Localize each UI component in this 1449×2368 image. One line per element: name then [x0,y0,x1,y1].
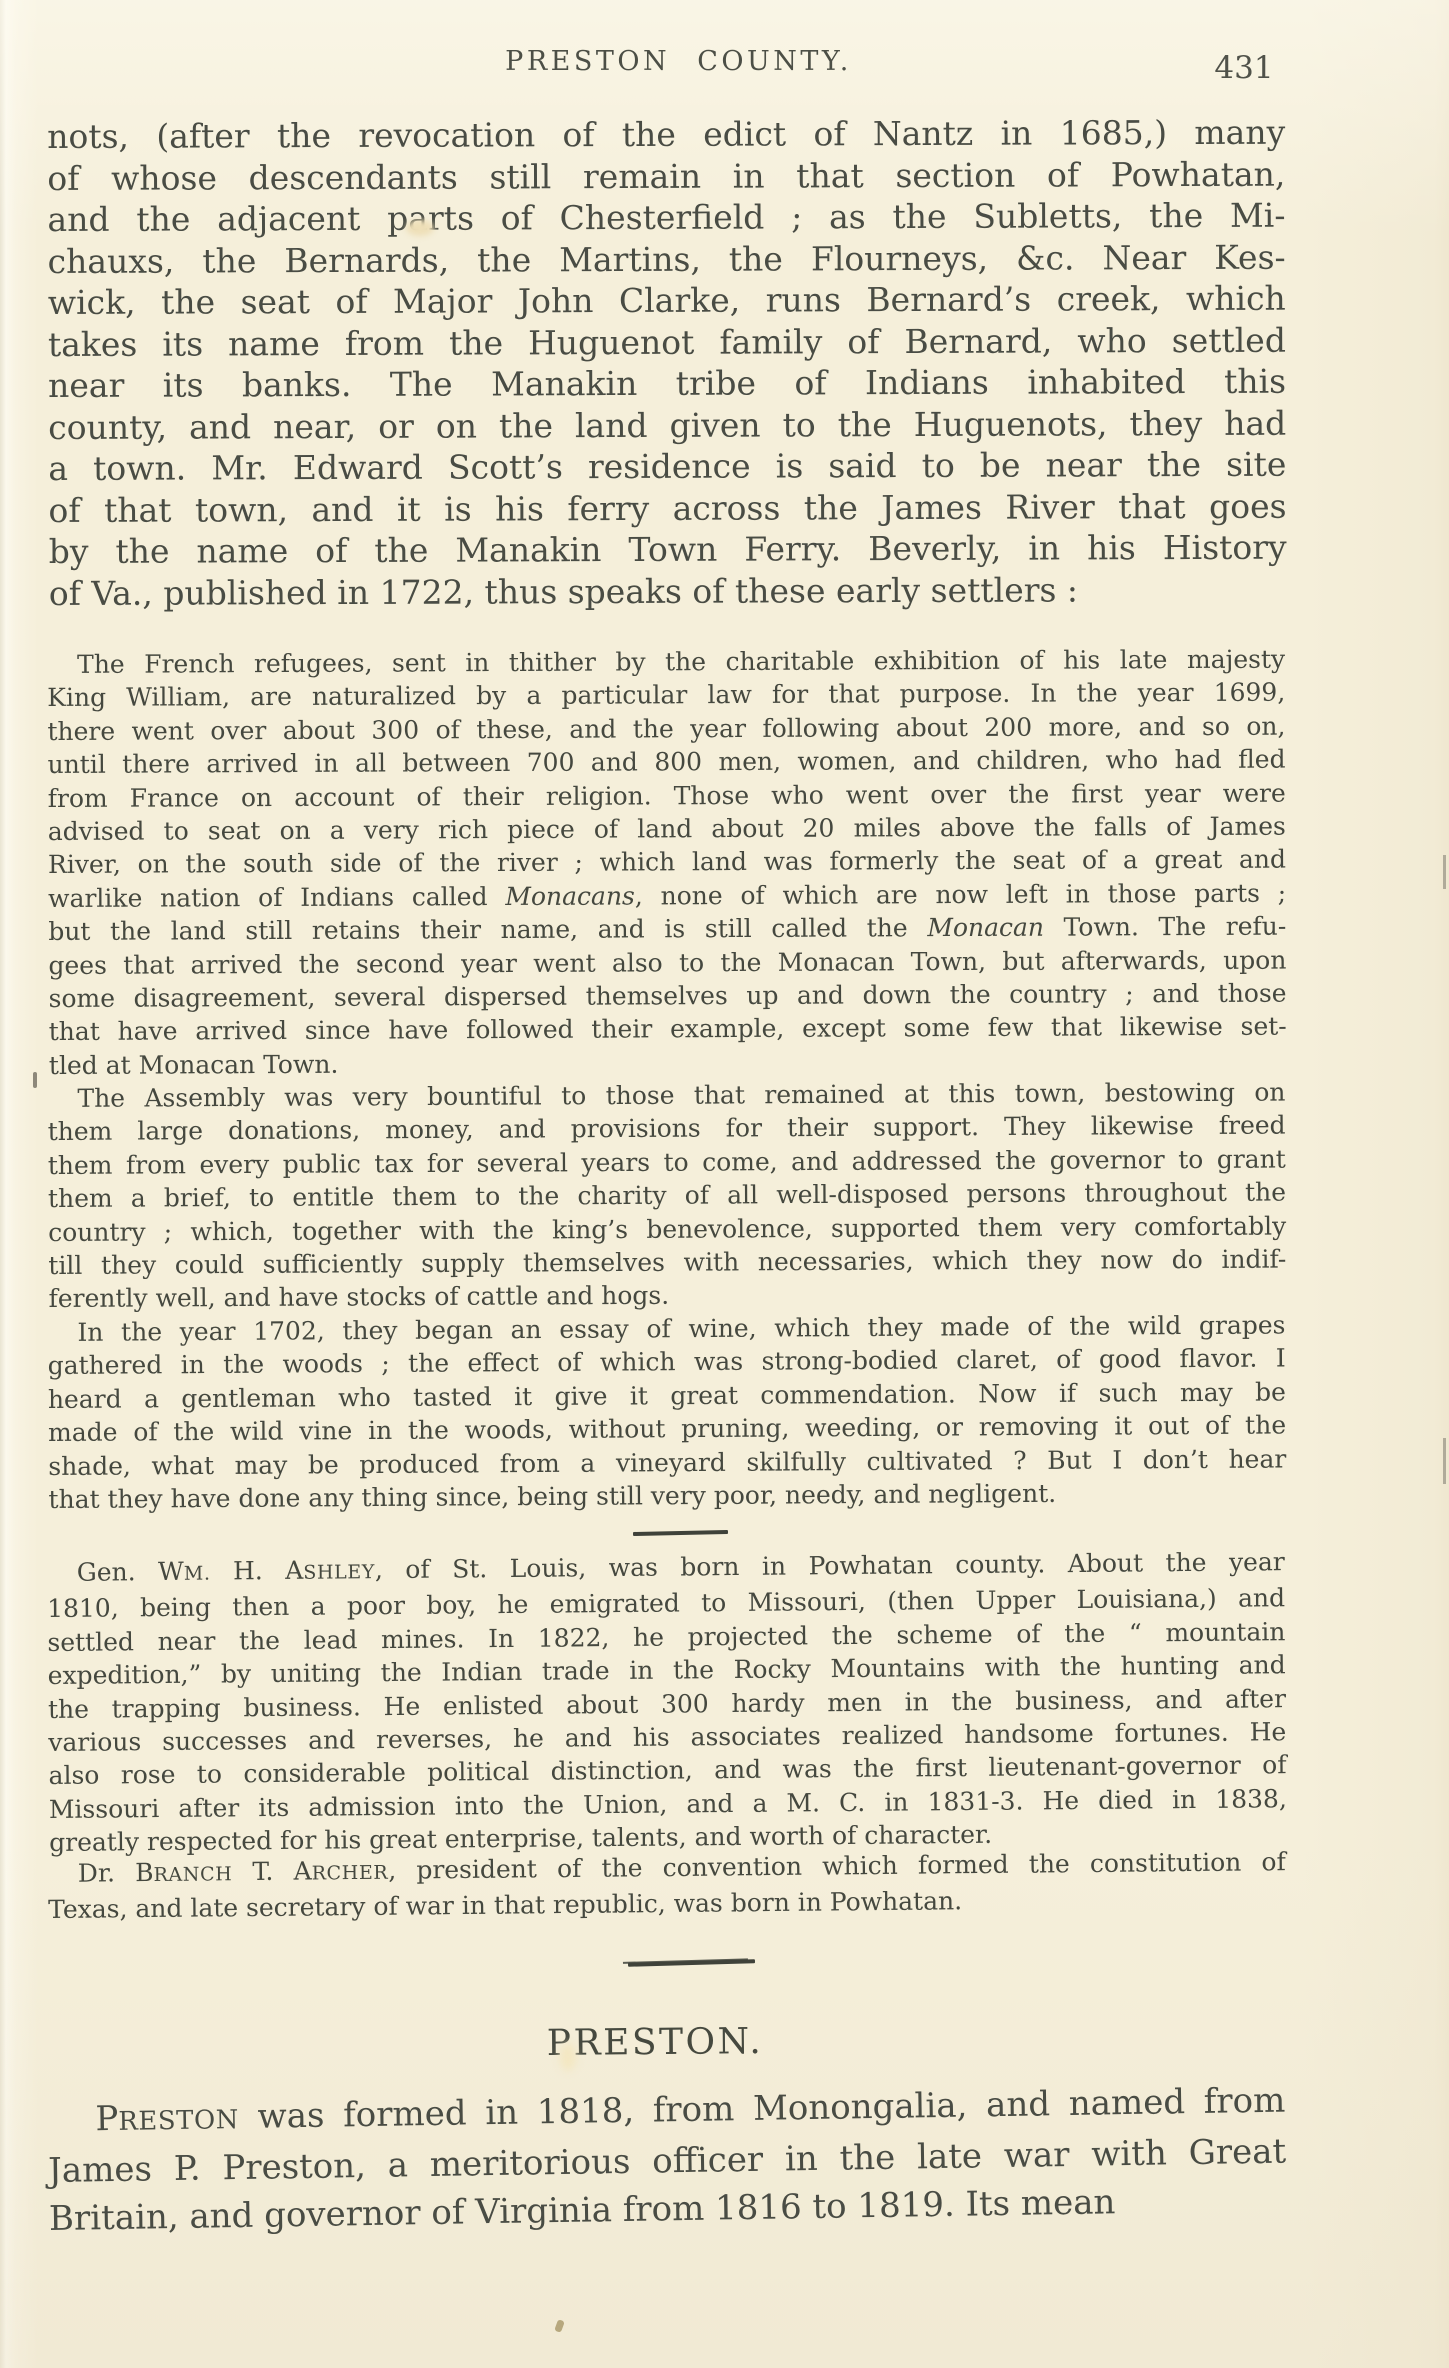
quote-paragraph-2: The Assembly was very bountiful to those… [47,1076,1286,1316]
scan-artifact [560,2043,576,2071]
scan-artifact [406,220,434,236]
text-line: county, and near, or on the land given t… [48,402,1286,448]
text-line: a town. Mr. Edward Scott’s residence is … [48,444,1286,490]
preston-paragraph: PRESTON was formed in 1818, from Mononga… [47,2077,1287,2243]
text-line: by the name of the Manakin Town Ferry. B… [49,527,1287,573]
text-line: The French refugees, sent in thither by … [47,643,1285,682]
text-line: of Va., published in 1722, thus speaks o… [49,568,1287,614]
text-line: takes its name from the Huguenot family … [48,319,1286,365]
text-line: chauxs, the Bernards, the Martins, the F… [48,236,1286,282]
quote-paragraph-1: The French refugees, sent in thither by … [47,643,1287,1083]
scan-artifact [1443,1438,1446,1484]
text-line: and the adjacent parts of Chesterfield ;… [47,195,1285,241]
page-number: 431 [1196,50,1292,86]
book-page: PRESTON COUNTY. 431 nots, (after the rev… [0,0,1449,2368]
text-line: River, on the south side of the river ; … [48,843,1286,882]
running-title: PRESTON COUNTY. [60,46,1297,77]
text-line: until there arrived in all between 700 a… [47,743,1285,782]
text-line: nots, (after the revocation of the edict… [47,112,1285,158]
text-line: warlike nation of Indians called Monacan… [48,876,1286,915]
text-line: wick, the seat of Major John Clarke, run… [48,278,1286,324]
text-line: near its banks. The Manakin tribe of Ind… [48,361,1286,407]
text-line: till they could sufficiently supply them… [48,1243,1286,1283]
text-line: King William, are naturalized by a parti… [47,676,1285,715]
ashley-biography-paragraph: Gen. WM. H. ASHLEY, of St. Louis, was bo… [47,1545,1288,1859]
text-line: from France on account of their religion… [48,776,1286,815]
scan-artifact [33,1072,37,1088]
text-line: of that town, and it is his ferry across… [48,485,1286,531]
text-line: some disagreement, several dispersed the… [49,977,1287,1016]
text-line: advised to seat on a very rich piece of … [48,810,1286,849]
section-divider [633,1530,728,1535]
scan-artifact [554,2319,565,2333]
text-line: there went over about 300 of these, and … [47,709,1285,748]
archer-biography-paragraph: Dr. BRANCH T. ARCHER, president of the c… [48,1845,1287,1927]
section-heading: PRESTON. [36,2017,1274,2069]
text-line: gees that arrived the second year went a… [48,943,1286,982]
text-line: that have arrived since have followed th… [49,1010,1287,1049]
main-paragraph: nots, (after the revocation of the edict… [47,112,1287,614]
text-line: but the land still retains their name, a… [48,910,1286,949]
section-divider [628,1959,755,1966]
quote-paragraph-3: In the year 1702, they began an essay of… [47,1308,1286,1516]
text-line: of whose descendants still remain in tha… [47,153,1285,199]
scan-artifact [1443,855,1446,889]
text-line: that they have done any thing since, bei… [48,1475,1286,1516]
